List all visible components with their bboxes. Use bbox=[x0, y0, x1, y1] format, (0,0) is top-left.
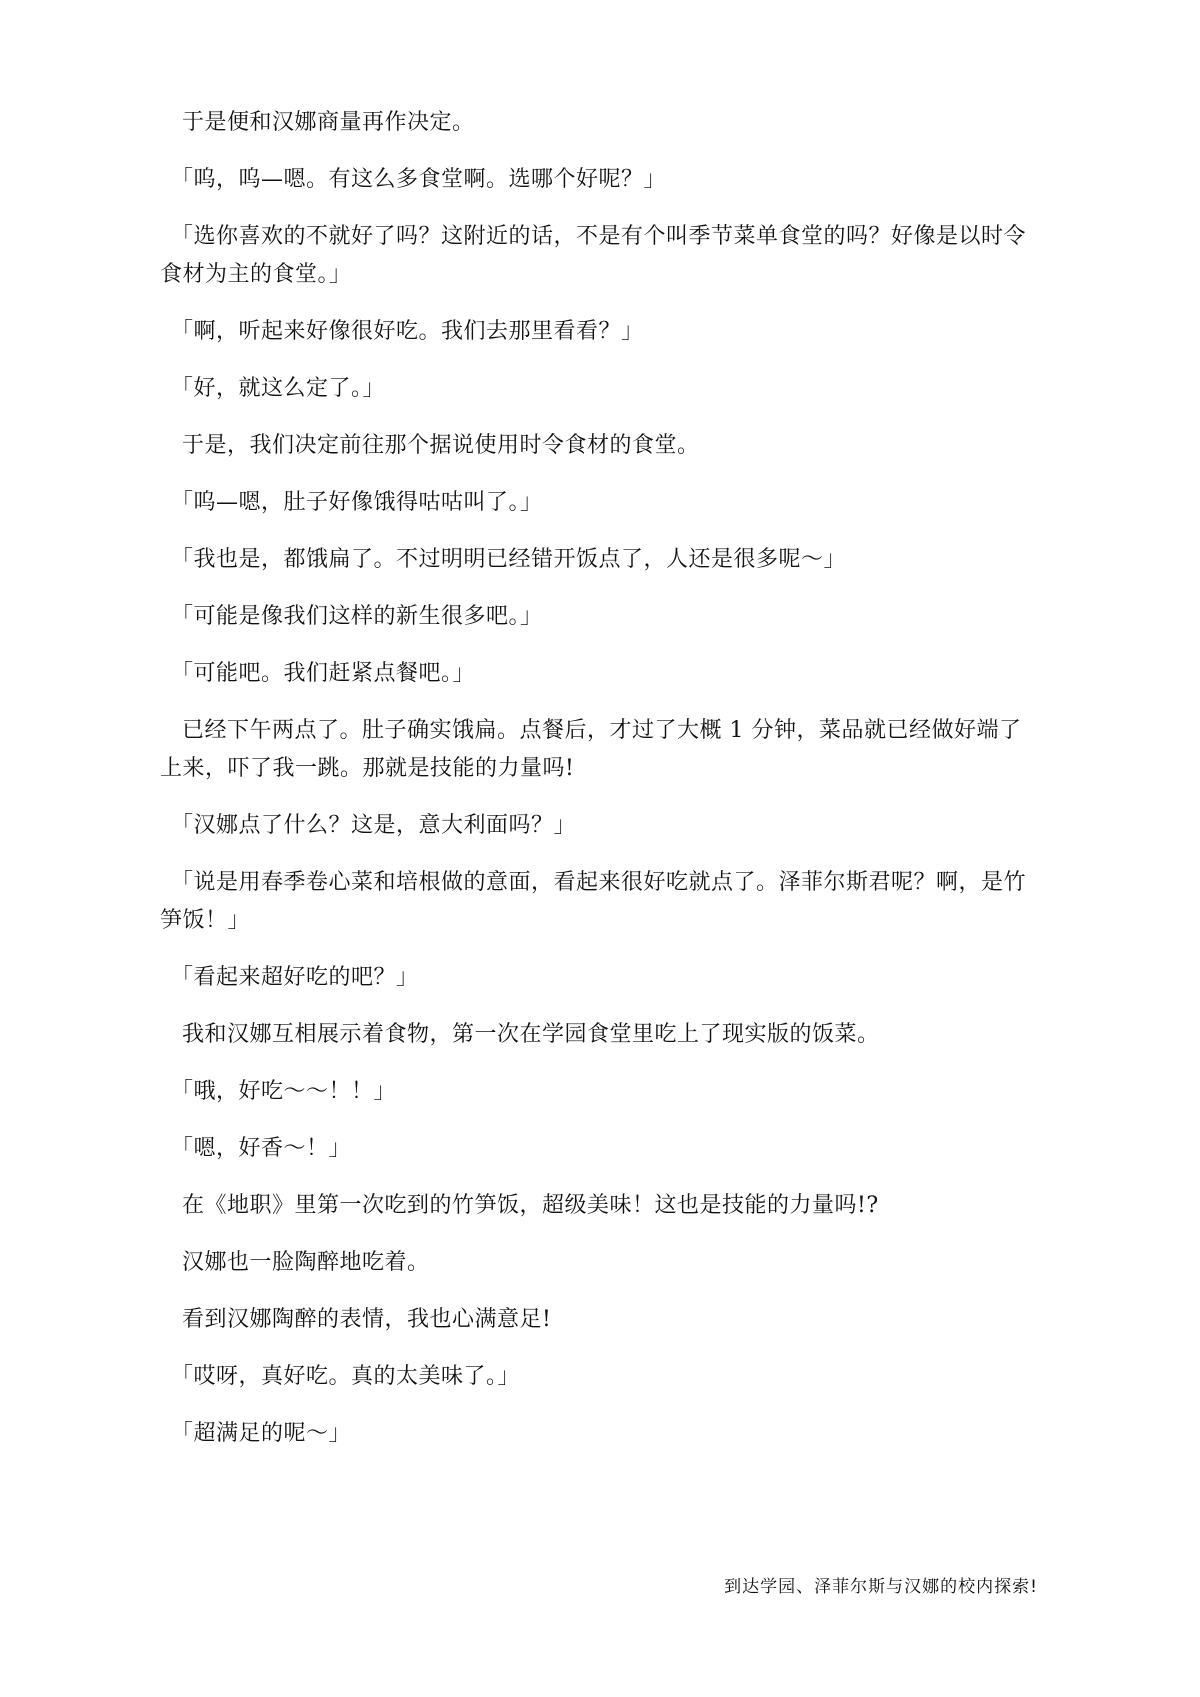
dialogue-line: 「汉娜点了什么？这是，意大利面吗？」 bbox=[160, 807, 1040, 845]
paragraph: 在《地职》里第一次吃到的竹笋饭，超级美味！这也是技能的力量吗!? bbox=[160, 1187, 1040, 1225]
paragraph: 看到汉娜陶醉的表情，我也心满意足! bbox=[160, 1301, 1040, 1339]
dialogue-line: 「呜—嗯，肚子好像饿得咕咕叫了。」 bbox=[160, 484, 1040, 522]
paragraph: 汉娜也一脸陶醉地吃着。 bbox=[160, 1244, 1040, 1282]
paragraph: 于是便和汉娜商量再作决定。 bbox=[160, 104, 1040, 142]
dialogue-line: 「可能是像我们这样的新生很多吧。」 bbox=[160, 598, 1040, 636]
dialogue-line: 「可能吧。我们赶紧点餐吧。」 bbox=[160, 655, 1040, 693]
paragraph: 我和汉娜互相展示着食物，第一次在学园食堂里吃上了现实版的饭菜。 bbox=[160, 1016, 1040, 1054]
dialogue-line: 「哦，好吃～～！！」 bbox=[160, 1073, 1040, 1111]
dialogue-line: 「好，就这么定了。」 bbox=[160, 370, 1040, 408]
paragraph: 于是，我们决定前往那个据说使用时令食材的食堂。 bbox=[160, 427, 1040, 465]
dialogue-line: 「说是用春季卷心菜和培根做的意面，看起来很好吃就点了。泽菲尔斯君呢？啊，是竹笋饭… bbox=[160, 864, 1040, 940]
dialogue-line: 「呜，呜—嗯。有这么多食堂啊。选哪个好呢？」 bbox=[160, 161, 1040, 199]
document-page: 于是便和汉娜商量再作决定。 「呜，呜—嗯。有这么多食堂啊。选哪个好呢？」 「选你… bbox=[0, 0, 1200, 1697]
body-text: 于是便和汉娜商量再作决定。 「呜，呜—嗯。有这么多食堂啊。选哪个好呢？」 「选你… bbox=[160, 104, 1040, 1472]
dialogue-line: 「哎呀，真好吃。真的太美味了。」 bbox=[160, 1358, 1040, 1396]
paragraph: 已经下午两点了。肚子确实饿扁。点餐后，才过了大概 1 分钟，菜品就已经做好端了上… bbox=[160, 712, 1040, 788]
dialogue-line: 「嗯，好香～！」 bbox=[160, 1130, 1040, 1168]
dialogue-line: 「我也是，都饿扁了。不过明明已经错开饭点了，人还是很多呢～」 bbox=[160, 541, 1040, 579]
dialogue-line: 「看起来超好吃的吧？」 bbox=[160, 959, 1040, 997]
dialogue-line: 「啊，听起来好像很好吃。我们去那里看看？」 bbox=[160, 313, 1040, 351]
dialogue-line: 「选你喜欢的不就好了吗？这附近的话，不是有个叫季节菜单食堂的吗？好像是以时令食材… bbox=[160, 218, 1040, 294]
chapter-footer: 到达学园、泽菲尔斯与汉娜的校内探索! bbox=[724, 1572, 1038, 1597]
dialogue-line: 「超满足的呢～」 bbox=[160, 1415, 1040, 1453]
